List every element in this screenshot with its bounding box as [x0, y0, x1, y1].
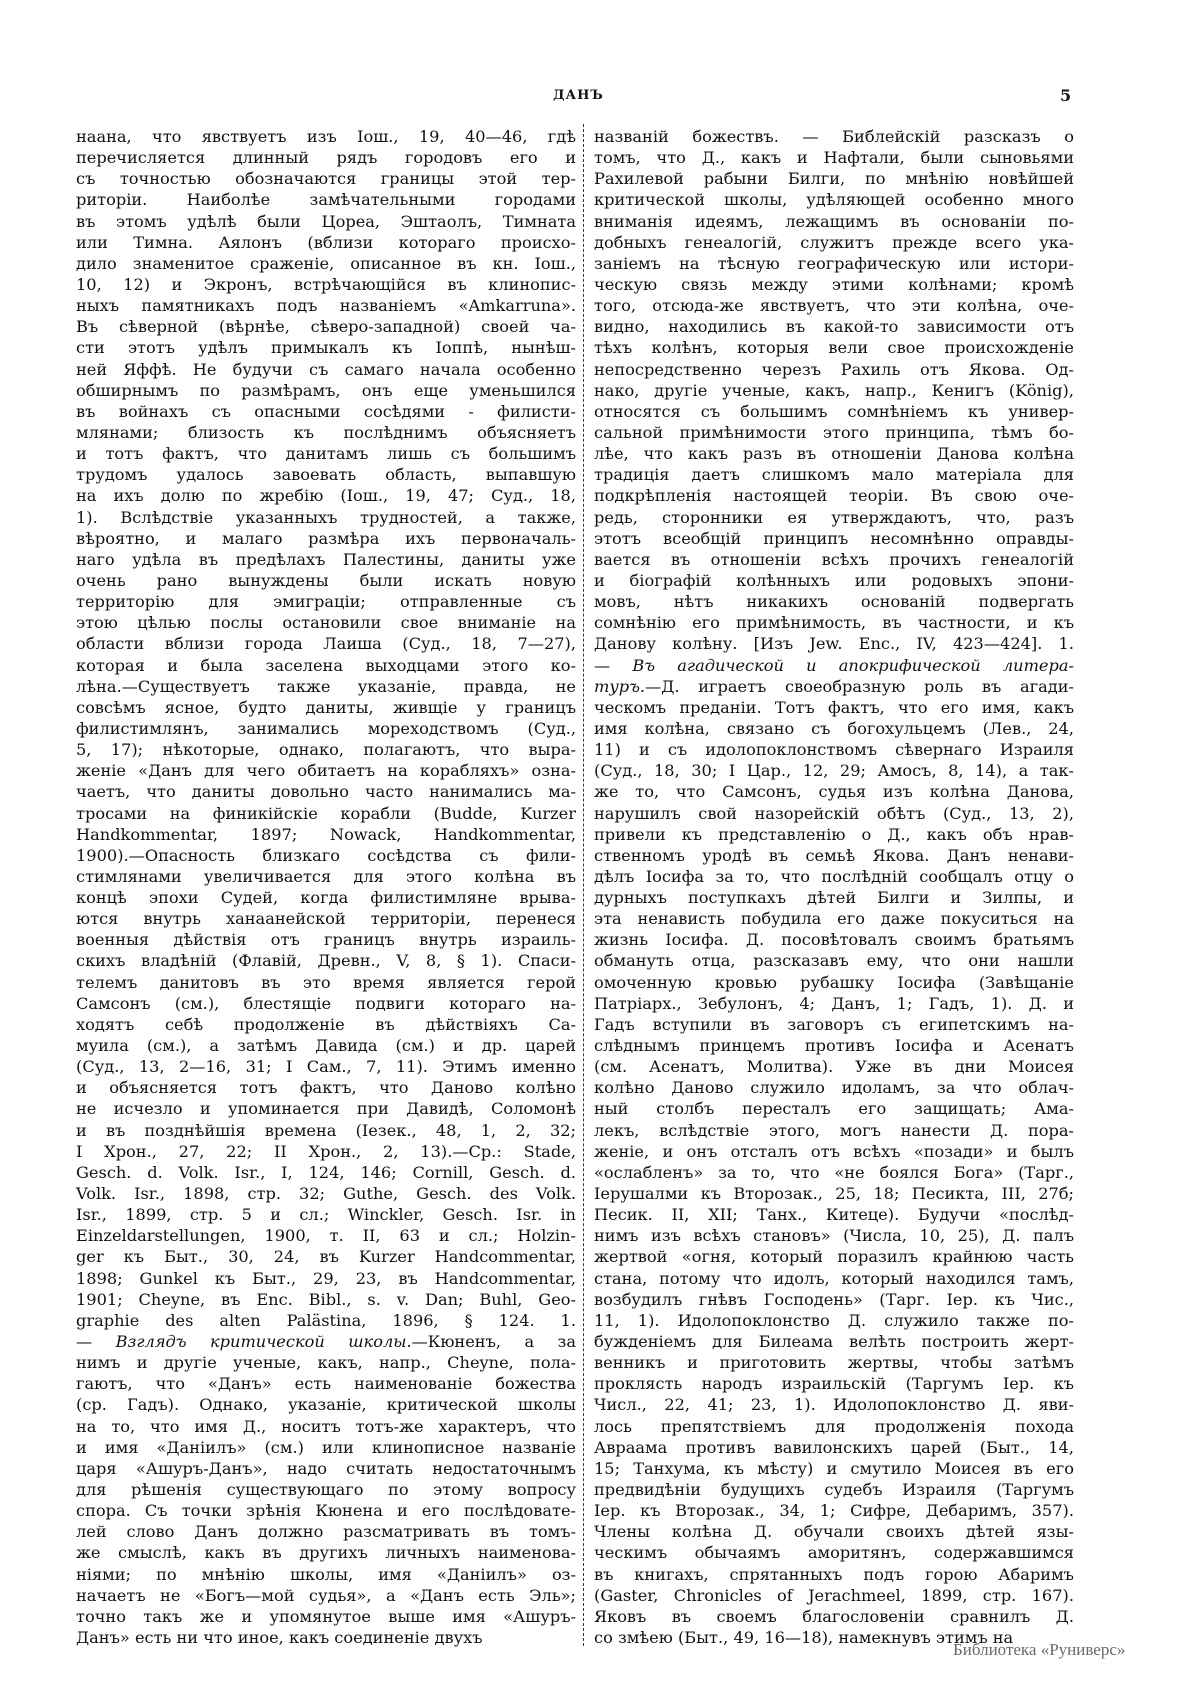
- text-line: стана, потому что идолъ, который находил…: [594, 1268, 1074, 1289]
- text-line: колѣно Даново служило идоламъ, за что об…: [594, 1077, 1074, 1098]
- text-line: тѣхъ колѣнъ, которыя вели свое происхожд…: [594, 337, 1074, 358]
- text-line: въ войнахъ съ опасными сосѣдями - филист…: [76, 401, 576, 422]
- text-line: территорію для эмиграціи; отправленные с…: [76, 591, 576, 612]
- text-line: лѣе, что какъ разъ въ отношеніи Данова к…: [594, 443, 1074, 464]
- text-line: имя колѣна, связано съ богохульцемъ (Лев…: [594, 718, 1074, 739]
- text-line: Рахилевой рабыни Билги, по мнѣнію новѣйш…: [594, 168, 1074, 189]
- text-line: риторіи. Наиболѣе замѣчательными городам…: [76, 189, 576, 210]
- text-line: Яковъ въ своемъ благословеніи сравнилъ Д…: [594, 1606, 1074, 1627]
- text-line: ходятъ себѣ продолженіе въ дѣйствіяхъ Са…: [76, 1014, 576, 1035]
- text-line: и въ позднѣйшія времена (Іезек., 48, 1, …: [76, 1120, 576, 1141]
- text-line: сомнѣнію его примѣнимость, въ частности,…: [594, 612, 1074, 633]
- text-line: Isr., 1899, стр. 5 и сл.; Winckler, Gesc…: [76, 1204, 576, 1225]
- text-line: ныхъ памятникахъ подъ названіемъ «Amkarr…: [76, 295, 576, 316]
- text-line: проклясть народъ израильскій (Таргумъ Іе…: [594, 1373, 1074, 1394]
- text-line: Гадъ вступили въ заговоръ съ египетскимъ…: [594, 1014, 1074, 1035]
- text-line: муила (см.), а затѣмъ Давида (см.) и др.…: [76, 1035, 576, 1056]
- text-line: «ослабленъ» за то, что «не боялся Бога» …: [594, 1162, 1074, 1183]
- library-watermark: Библиотека «Руниверс»: [953, 1640, 1125, 1660]
- text-line: Einzeldarstellungen, 1900, т. II, 63 и с…: [76, 1225, 576, 1246]
- text-line: Члены колѣна Д. обучали своихъ дѣтей язы…: [594, 1521, 1074, 1542]
- page-header: ДАНЪ 5: [0, 88, 1186, 112]
- text-line: для рѣшенія существующаго по этому вопро…: [76, 1479, 576, 1500]
- text-line: 11, 1). Идолопоклонство Д. служило также…: [594, 1310, 1074, 1331]
- text-line: ческомъ преданіи. Тотъ фактъ, что его им…: [594, 697, 1074, 718]
- text-line: гаютъ, что «Данъ» есть наименованіе боже…: [76, 1373, 576, 1394]
- text-line: обмануть отца, разсказавъ ему, что они н…: [594, 950, 1074, 971]
- text-line: спора. Съ точки зрѣнія Кюнена и его посл…: [76, 1500, 576, 1521]
- text-line: эта ненависть побудила его даже покусить…: [594, 908, 1074, 929]
- text-line: наана, что явствуетъ изъ Іош., 19, 40—46…: [76, 126, 576, 147]
- text-line: дурныхъ поступкахъ дѣтей Билги и Зилпы, …: [594, 887, 1074, 908]
- text-line: на то, что имя Д., носитъ тотъ-же характ…: [76, 1416, 576, 1437]
- text-line: Песик. II, XII; Танх., Китеце). Будучи «…: [594, 1204, 1074, 1225]
- text-line: — Въ агадической и апокрифической литера…: [594, 655, 1074, 676]
- text-line: слѣднымъ принцемъ противъ Іосифа и Асена…: [594, 1035, 1074, 1056]
- text-line: ственномъ уродѣ въ семьѣ Якова. Данъ нен…: [594, 845, 1074, 866]
- text-line: ней Яффѣ. Не будучи съ самаго начала осо…: [76, 359, 576, 380]
- text-line: этотъ всеобщій принципъ несомнѣнно оправ…: [594, 528, 1074, 549]
- text-line: добныхъ генеалогій, служитъ прежде всего…: [594, 232, 1074, 253]
- text-line: обширнымъ по размѣрамъ, онъ еще уменьшил…: [76, 380, 576, 401]
- text-line: — Взглядъ критической школы.—Кюненъ, а з…: [76, 1331, 576, 1352]
- text-line: точно такъ же и упомянутое выше имя «Ашу…: [76, 1606, 576, 1627]
- text-line: Volk. Isr., 1898, стр. 32; Guthe, Gesch.…: [76, 1183, 576, 1204]
- text-line: лѣна.—Существуетъ также указаніе, правда…: [76, 676, 576, 697]
- right-column-text: названій божествъ. — Библейскій разсказъ…: [594, 126, 1074, 1648]
- text-line: (ср. Гадъ). Однако, указаніе, критическо…: [76, 1394, 576, 1415]
- text-line: лось препятствіемъ для продолженія поход…: [594, 1416, 1074, 1437]
- text-line: которая и была заселена выходцами этого …: [76, 655, 576, 676]
- text-line: туръ.—Д. играетъ своеобразную роль въ аг…: [594, 676, 1074, 697]
- text-line: венникъ и приготовить жертвы, чтобы затѣ…: [594, 1352, 1074, 1373]
- text-line: нарушилъ свой назорейскій обѣтъ (Суд., 1…: [594, 803, 1074, 824]
- text-line: Gesch. d. Volk. Isr., I, 124, 146; Corni…: [76, 1162, 576, 1183]
- text-line: жизнь Іосифа. Д. посовѣтовалъ своимъ бра…: [594, 929, 1074, 950]
- text-line: млянами; близость къ послѣднимъ объясняе…: [76, 422, 576, 443]
- text-line: тросами на финикійскіе корабли (Budde, K…: [76, 803, 576, 824]
- text-line: не исчезло и упоминается при Давидѣ, Сол…: [76, 1098, 576, 1119]
- text-line: же то, что Самсонъ, судья изъ колѣна Дан…: [594, 781, 1074, 802]
- text-line: царя «Ашуръ-Данъ», надо считать недостат…: [76, 1458, 576, 1479]
- text-line: 1900).—Опасность близкаго сосѣдства съ ф…: [76, 845, 576, 866]
- column-divider: [583, 124, 584, 1646]
- text-line: скихъ владѣній (Флавій, Древн., V, 8, § …: [76, 950, 576, 971]
- text-line: того, отсюда-же явствуетъ, что эти колѣн…: [594, 295, 1074, 316]
- text-line: нако, другіе ученые, какъ, напр., Кенигъ…: [594, 380, 1074, 401]
- text-line: чаетъ, что даниты довольно часто нанимал…: [76, 781, 576, 802]
- text-line: 1). Вслѣдствіе указанныхъ трудностей, а …: [76, 507, 576, 528]
- text-line: заніемъ на тѣсную географическую или ист…: [594, 253, 1074, 274]
- text-line: трудомъ удалось завоевать область, выпав…: [76, 464, 576, 485]
- text-line: подкрѣпленія настоящей теоріи. Въ свою о…: [594, 485, 1074, 506]
- text-line: и имя «Даніилъ» (см.) или клинописное на…: [76, 1437, 576, 1458]
- text-line: 10, 12) и Экронъ, встрѣчающійся въ клино…: [76, 274, 576, 295]
- text-line: Іерушалми къ Второзак., 25, 18; Песикта,…: [594, 1183, 1074, 1204]
- text-line: женіе «Данъ для чего обитаетъ на корабля…: [76, 760, 576, 781]
- text-line: Въ сѣверной (вѣрнѣе, сѣверо-западной) св…: [76, 316, 576, 337]
- text-line: вѣроятно, и малаго размѣра ихъ первонача…: [76, 528, 576, 549]
- text-line: 5, 17); нѣкоторые, однако, полагаютъ, чт…: [76, 739, 576, 760]
- text-line: ческимъ обычаямъ аморитянъ, содержавшимс…: [594, 1542, 1074, 1563]
- text-line: лекъ, вслѣдствіе этого, могъ нанести Д. …: [594, 1120, 1074, 1141]
- text-line: Авраама противъ вавилонскихъ царей (Быт.…: [594, 1437, 1074, 1458]
- text-line: дѣлъ Іосифа за то, что послѣдній сообщал…: [594, 866, 1074, 887]
- text-line: очень рано вынуждены были искать новую: [76, 570, 576, 591]
- text-line: вается въ отношеніи всѣхъ прочихъ генеал…: [594, 549, 1074, 570]
- text-line: лей слово Данъ должно разсматривать въ т…: [76, 1521, 576, 1542]
- text-line: привели къ представленію о Д., какъ объ …: [594, 824, 1074, 845]
- text-line: ger къ Быт., 30, 24, въ Kurzer Handcomme…: [76, 1246, 576, 1267]
- text-line: Числ., 22, 41; 23, 1). Идолопоклонство Д…: [594, 1394, 1074, 1415]
- text-line: же смыслѣ, какъ въ другихъ личныхъ наиме…: [76, 1542, 576, 1563]
- text-line: омоченную кровью рубашку Іосифа (Завѣщан…: [594, 972, 1074, 993]
- text-line: возбудилъ гнѣвъ Господень» (Тарг. Іер. к…: [594, 1289, 1074, 1310]
- text-line: въ книгахъ, спрятанныхъ подъ горою Абари…: [594, 1564, 1074, 1585]
- text-line: традиція даетъ слишкомъ мало матеріала д…: [594, 464, 1074, 485]
- text-line: жертвой «огня, который поразилъ крайнюю …: [594, 1246, 1074, 1267]
- text-line: въ этомъ удѣлѣ были Цореа, Эштаолъ, Тимн…: [76, 211, 576, 232]
- text-line: 15; Танхума, къ мѣсту) и смутило Моисея …: [594, 1458, 1074, 1479]
- text-line: сальной примѣнимости этого принципа, тѣм…: [594, 422, 1074, 443]
- left-column-text: наана, что явствуетъ изъ Іош., 19, 40—46…: [76, 126, 576, 1648]
- text-line: концѣ эпохи Судей, когда филистимляне вр…: [76, 887, 576, 908]
- text-line: съ точностью обозначаются границы этой т…: [76, 168, 576, 189]
- text-line: области вблизи города Лаиша (Суд., 18, 7…: [76, 633, 576, 654]
- text-line: относятся съ большимъ сомнѣніемъ къ унив…: [594, 401, 1074, 422]
- text-line: (Суд., 13, 2—16, 31; І Сам., 7, 11). Эти…: [76, 1056, 576, 1077]
- page-number: 5: [1060, 86, 1071, 105]
- text-line: вниманія идеямъ, лежащимъ въ основаніи п…: [594, 211, 1074, 232]
- text-line: нимъ и другіе ученые, какъ, напр., Cheyn…: [76, 1352, 576, 1373]
- text-line: наго удѣла въ предѣлахъ Палестины, данит…: [76, 549, 576, 570]
- text-line: этою цѣлью послы остановили свое внимані…: [76, 612, 576, 633]
- text-line: видно, находились въ какой-то зависимост…: [594, 316, 1074, 337]
- text-line: Іер. къ Второзак., 34, 1; Сифре, Дебарим…: [594, 1500, 1074, 1521]
- text-line: Самсонъ (см.), блестящіе подвиги котораг…: [76, 993, 576, 1014]
- text-line: на ихъ долю по жребію (Іош., 19, 47; Суд…: [76, 485, 576, 506]
- text-line: мовъ, нѣтъ никакихъ основаній подвергать: [594, 591, 1074, 612]
- text-line: 1901; Cheyne, въ Enc. Bibl., s. v. Dan; …: [76, 1289, 576, 1310]
- text-line: и тотъ фактъ, что данитамъ лишь съ больш…: [76, 443, 576, 464]
- text-line: совсѣмъ ясное, будто даниты, живщіе у гр…: [76, 697, 576, 718]
- text-line: 1898; Gunkel къ Быт., 29, 23, въ Handcom…: [76, 1268, 576, 1289]
- text-line: graphie des alten Palästina, 1896, § 124…: [76, 1310, 576, 1331]
- text-line: непосредственно черезъ Рахиль отъ Якова.…: [594, 359, 1074, 380]
- text-line: Данову колѣну. [Изъ Jew. Enc., IV, 423—4…: [594, 633, 1074, 654]
- text-line: редь, сторонники ея утверждаютъ, что, ра…: [594, 507, 1074, 528]
- text-line: критической школы, удѣляющей особенно мн…: [594, 189, 1074, 210]
- text-line: томъ, что Д., какъ и Нафтали, были сынов…: [594, 147, 1074, 168]
- text-line: 11) и съ идолопоклонствомъ сѣвернаго Изр…: [594, 739, 1074, 760]
- text-line: Handkommentar, 1897; Nowack, Handkomment…: [76, 824, 576, 845]
- text-line: ніями; по мнѣнію школы, имя «Даніилъ» оз…: [76, 1564, 576, 1585]
- text-line: ческую связь между этими колѣнами; кромѣ: [594, 274, 1074, 295]
- text-line: ный столбъ пересталъ его защищать; Ама-: [594, 1098, 1074, 1119]
- text-line: стимлянами увеличивается для этого колѣн…: [76, 866, 576, 887]
- text-line: названій божествъ. — Библейскій разсказъ…: [594, 126, 1074, 147]
- text-line: І Хрон., 27, 22; ІІ Хрон., 2, 13).—Ср.: …: [76, 1141, 576, 1162]
- text-line: сти этотъ удѣлъ примыкалъ къ Іоппѣ, нынѣ…: [76, 337, 576, 358]
- text-line: военныя дѣйствія отъ границъ внутрь изра…: [76, 929, 576, 950]
- text-line: Патріарх., Зебулонъ, 4; Данъ, 1; Гадъ, 1…: [594, 993, 1074, 1014]
- text-line: филистимлянъ, занимались мореходствомъ (…: [76, 718, 576, 739]
- text-line: женіе, и онъ отсталъ отъ всѣхъ «позади» …: [594, 1141, 1074, 1162]
- running-head: ДАНЪ: [553, 88, 604, 103]
- text-line: или Тимна. Аялонъ (вблизи котораго проис…: [76, 232, 576, 253]
- text-line: начаетъ не «Богъ—мой судья», а «Данъ ест…: [76, 1585, 576, 1606]
- text-line: бужденіемъ для Билеама велѣть построить …: [594, 1331, 1074, 1352]
- text-line: предвидѣніи будущихъ судебъ Израиля (Тар…: [594, 1479, 1074, 1500]
- text-line: ются внутрь ханаанейской территоріи, пер…: [76, 908, 576, 929]
- text-line: и біографій колѣнныхъ или родовыхъ эпони…: [594, 570, 1074, 591]
- text-line: (Суд., 18, 30; І Цар., 12, 29; Амосъ, 8,…: [594, 760, 1074, 781]
- text-line: (см. Асенатъ, Молитва). Уже въ дни Моисе…: [594, 1056, 1074, 1077]
- text-line: и объясняется тотъ фактъ, что Даново кол…: [76, 1077, 576, 1098]
- text-line: (Gaster, Chronicles of Jerachmeel, 1899,…: [594, 1585, 1074, 1606]
- text-line: перечисляется длинный рядъ городовъ его …: [76, 147, 576, 168]
- text-line: дило знаменитое сраженіе, описанное въ к…: [76, 253, 576, 274]
- text-line: Данъ» есть ни что иное, какъ соединеніе …: [76, 1627, 576, 1648]
- text-line: телемъ данитовъ въ это время является ге…: [76, 972, 576, 993]
- text-line: нимъ изъ всѣхъ становъ» (Числа, 10, 25),…: [594, 1225, 1074, 1246]
